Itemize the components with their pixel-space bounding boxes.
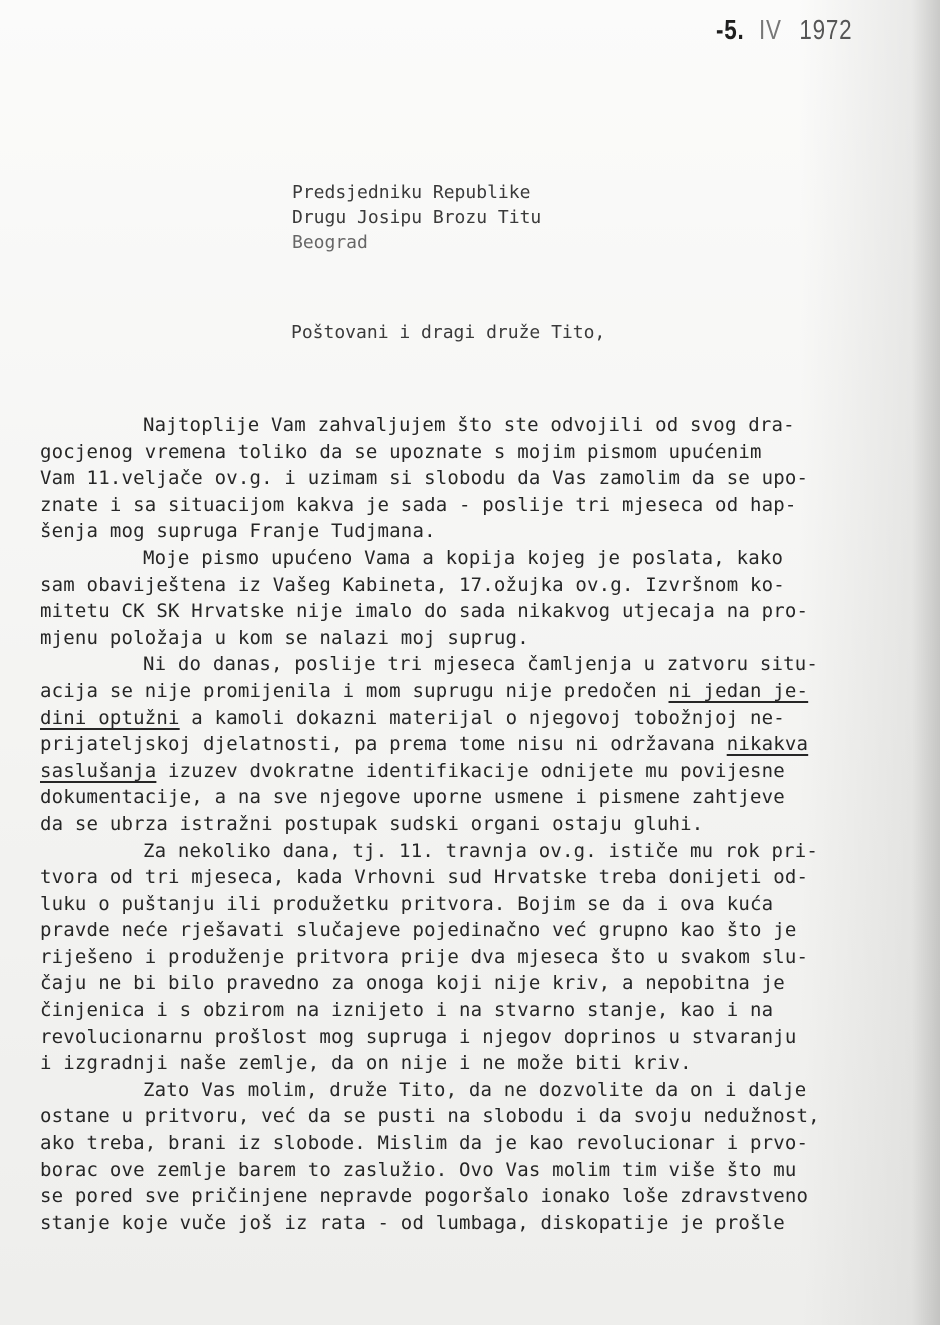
line-text: i izgradnji naše zemlje, da on nije i ne… [40,1052,692,1074]
line-text: borac ove zemlje barem to zaslužio. Ovo … [40,1159,797,1181]
letter-body: Najtoplije Vam zahvaljujem što ste odvoj… [40,412,920,1236]
letter-line: prijateljskoj djelatnosti, pa prema tome… [40,731,920,758]
recipient-line-title: Predsjedniku Republike [292,180,541,205]
line-text: znate i sa situacijom kakva je sada - po… [40,494,797,516]
underlined-text: saslušanja [40,760,156,782]
letter-line: tvora od tri mjeseca, kada Vrhovni sud H… [40,864,920,891]
letter-line: da se ubrza istražni postupak sudski org… [40,811,920,838]
underlined-text: dini optužni [40,707,180,729]
letter-line: pravde neće rješavati slučajeve pojedina… [40,917,920,944]
letter-line: Za nekoliko dana, tj. 11. travnja ov.g. … [40,838,920,865]
line-text: dokumentacije, a na sve njegove uporne u… [40,786,785,808]
letter-line: acija se nije promijenila i mom suprugu … [40,678,920,705]
letter-line: Vam 11.veljače ov.g. i uzimam si slobodu… [40,465,920,492]
underlined-text: ni jedan je- [669,680,809,702]
letter-line: stanje koje vuče još iz rata - od lumbag… [40,1210,920,1237]
letter-line: ostane u pritvoru, već da se pusti na sl… [40,1103,920,1130]
line-text: ostane u pritvoru, već da se pusti na sl… [40,1105,820,1127]
letter-line: Moje pismo upućeno Vama a kopija kojeg j… [40,545,920,572]
line-text: Zato Vas molim, druže Tito, da ne dozvol… [143,1079,806,1101]
letter-line: znate i sa situacijom kakva je sada - po… [40,492,920,519]
line-text: acija se nije promijenila i mom suprugu … [40,680,669,702]
letter-line: dini optužni a kamoli dokazni materijal … [40,705,920,732]
line-text: činjenica i s obzirom na iznijeto i na s… [40,999,773,1021]
date-stamp-month: IV [759,14,782,45]
letter-line: Zato Vas molim, druže Tito, da ne dozvol… [40,1077,920,1104]
line-text: Ni do danas, poslije tri mjeseca čamljen… [143,653,818,675]
line-text: tvora od tri mjeseca, kada Vrhovni sud H… [40,866,808,888]
letter-line: se pored sve pričinjene nepravde pogorša… [40,1183,920,1210]
letter-line: činjenica i s obzirom na iznijeto i na s… [40,997,920,1024]
line-text: prijateljskoj djelatnosti, pa prema tome… [40,733,727,755]
letter-line: šenja mog supruga Franje Tudjmana. [40,518,920,545]
letter-line: revolucionarnu prošlost mog supruga i nj… [40,1024,920,1051]
recipient-line-city: Beograd [292,230,541,255]
date-stamp-day: -5. [716,14,745,45]
line-text: čaju ne bi bilo pravedno za onoga koji n… [40,972,785,994]
letter-line: čaju ne bi bilo pravedno za onoga koji n… [40,970,920,997]
line-text: luku o puštanju ili produžetku pritvora.… [40,893,773,915]
letter-line: mjenu položaja u kom se nalazi moj supru… [40,625,920,652]
line-text: riješeno i produženje pritvora prije dva… [40,946,808,968]
date-stamp: -5.IV1972 [716,14,852,46]
letter-line: i izgradnji naše zemlje, da on nije i ne… [40,1050,920,1077]
letter-line: borac ove zemlje barem to zaslužio. Ovo … [40,1157,920,1184]
date-stamp-year: 1972 [799,14,852,45]
line-text: sam obaviještena iz Vašeg Kabineta, 17.o… [40,574,785,596]
line-text: gocjenog vremena toliko da se upoznate s… [40,441,762,463]
letter-line: luku o puštanju ili produžetku pritvora.… [40,891,920,918]
recipient-address: Predsjedniku Republike Drugu Josipu Broz… [292,180,541,255]
letter-line: riješeno i produženje pritvora prije dva… [40,944,920,971]
line-text: izuzev dvokratne identifikacije odnijete… [156,760,785,782]
letter-line: sam obaviještena iz Vašeg Kabineta, 17.o… [40,572,920,599]
letter-line: dokumentacije, a na sve njegove uporne u… [40,784,920,811]
line-text: Najtoplije Vam zahvaljujem što ste odvoj… [143,414,795,436]
line-text: šenja mog supruga Franje Tudjmana. [40,520,436,542]
line-text: revolucionarnu prošlost mog supruga i nj… [40,1026,797,1048]
letter-line: ako treba, brani iz slobode. Mislim da j… [40,1130,920,1157]
underlined-text: nikakva [727,733,808,755]
salutation: Poštovani i dragi druže Tito, [291,322,605,343]
line-text: mitetu CK SK Hrvatske nije imalo do sada… [40,600,808,622]
recipient-line-name: Drugu Josipu Brozu Titu [292,205,541,230]
line-text: se pored sve pričinjene nepravde pogorša… [40,1185,808,1207]
letter-line: saslušanja izuzev dvokratne identifikaci… [40,758,920,785]
line-text: da se ubrza istražni postupak sudski org… [40,813,703,835]
typewritten-letter-page: -5.IV1972 Predsjedniku Republike Drugu J… [0,0,940,1325]
line-text: pravde neće rješavati slučajeve pojedina… [40,919,797,941]
line-text: stanje koje vuče još iz rata - od lumbag… [40,1212,785,1234]
line-text: ako treba, brani iz slobode. Mislim da j… [40,1132,808,1154]
letter-line: Najtoplije Vam zahvaljujem što ste odvoj… [40,412,920,439]
line-text: mjenu položaja u kom se nalazi moj supru… [40,627,529,649]
letter-line: mitetu CK SK Hrvatske nije imalo do sada… [40,598,920,625]
line-text: Za nekoliko dana, tj. 11. travnja ov.g. … [143,840,818,862]
letter-line: gocjenog vremena toliko da se upoznate s… [40,439,920,466]
line-text: Moje pismo upućeno Vama a kopija kojeg j… [143,547,783,569]
line-text: a kamoli dokazni materijal o njegovoj to… [180,707,785,729]
line-text: Vam 11.veljače ov.g. i uzimam si slobodu… [40,467,808,489]
letter-line: Ni do danas, poslije tri mjeseca čamljen… [40,651,920,678]
